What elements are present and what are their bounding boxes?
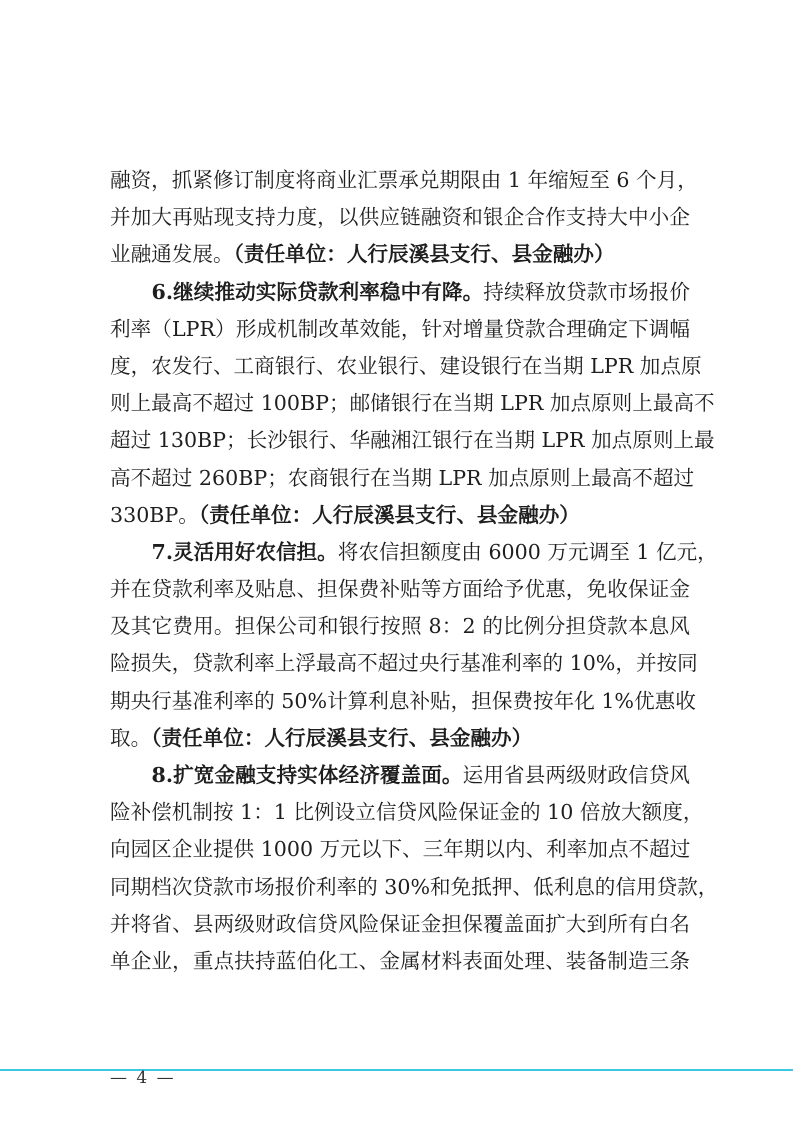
line-text: 330BP。 — [110, 503, 199, 527]
paragraph-5-continued: 融资，抓紧修订制度将商业汇票承兑期限由 1 年缩短至 6 个月， 并加大再贴现支… — [110, 162, 690, 274]
line-text: 持续释放贷款市场报价 — [483, 280, 690, 304]
line-text: 业融通发展。 — [110, 242, 234, 266]
text-line: 高不超过 260BP；农商银行在当期 LPR 加点原则上最高不超过 — [110, 460, 690, 497]
responsible-unit: （责任单位：人行辰溪县支行、县金融办） — [199, 503, 580, 527]
text-line: 向园区企业提供 1000 万元以下、三年期以内、利率加点不超过 — [110, 831, 690, 868]
line-text: 将农信担额度由 6000 万元调至 1 亿元， — [338, 540, 718, 564]
text-line: 8.扩宽金融支持实体经济覆盖面。运用省县两级财政信贷风 — [110, 757, 690, 794]
text-line: 则上最高不超过 100BP；邮储银行在当期 LPR 加点原则上最高不 — [110, 385, 690, 422]
text-line: 超过 130BP；长沙银行、华融湘江银行在当期 LPR 加点原则上最 — [110, 422, 690, 459]
text-line: 期央行基准利率的 50%计算利息补贴，担保费按年化 1%优惠收 — [110, 683, 690, 720]
text-line: 险损失，贷款利率上浮最高不超过央行基准利率的 10%，并按同 — [110, 645, 690, 682]
text-line: 同期档次贷款市场报价利率的 30%和免抵押、低利息的信用贷款， — [110, 869, 690, 906]
responsible-unit: （责任单位：人行辰溪县支行、县金融办） — [234, 242, 615, 266]
text-line: 并在贷款利率及贴息、担保费补贴等方面给予优惠，免收保证金 — [110, 571, 690, 608]
text-line: 业融通发展。（责任单位：人行辰溪县支行、县金融办） — [110, 236, 690, 273]
text-line: 利率（LPR）形成机制改革效能，针对增量贷款合理确定下调幅 — [110, 311, 690, 348]
page-number: — 4 — — [110, 1068, 176, 1088]
text-line: 并将省、县两级财政信贷风险保证金担保覆盖面扩大到所有白名 — [110, 906, 690, 943]
text-line: 取。（责任单位：人行辰溪县支行、县金融办） — [110, 720, 690, 757]
section-heading: 7.灵活用好农信担。 — [152, 540, 338, 564]
text-line: 330BP。（责任单位：人行辰溪县支行、县金融办） — [110, 497, 690, 534]
paragraph-6: 6.继续推动实际贷款利率稳中有降。持续释放贷款市场报价 利率（LPR）形成机制改… — [110, 274, 690, 534]
text-line: 融资，抓紧修订制度将商业汇票承兑期限由 1 年缩短至 6 个月， — [110, 162, 690, 199]
text-line: 及其它费用。担保公司和银行按照 8：2 的比例分担贷款本息风 — [110, 608, 690, 645]
text-line: 度，农发行、工商银行、农业银行、建设银行在当期 LPR 加点原 — [110, 348, 690, 385]
line-text: 取。 — [110, 726, 151, 750]
paragraph-7: 7.灵活用好农信担。将农信担额度由 6000 万元调至 1 亿元， 并在贷款利率… — [110, 534, 690, 757]
text-line: 7.灵活用好农信担。将农信担额度由 6000 万元调至 1 亿元， — [110, 534, 690, 571]
text-line: 并加大再贴现支持力度，以供应链融资和银企合作支持大中小企 — [110, 199, 690, 236]
section-heading: 6.继续推动实际贷款利率稳中有降。 — [152, 280, 484, 304]
text-line: 险补偿机制按 1：1 比例设立信贷风险保证金的 10 倍放大额度， — [110, 794, 690, 831]
paragraph-8: 8.扩宽金融支持实体经济覆盖面。运用省县两级财政信贷风 险补偿机制按 1：1 比… — [110, 757, 690, 980]
responsible-unit: （责任单位：人行辰溪县支行、县金融办） — [151, 726, 532, 750]
line-text: 运用省县两级财政信贷风 — [463, 763, 690, 787]
section-heading: 8.扩宽金融支持实体经济覆盖面。 — [152, 763, 463, 787]
text-line: 6.继续推动实际贷款利率稳中有降。持续释放贷款市场报价 — [110, 274, 690, 311]
text-line: 单企业，重点扶持蓝伯化工、金属材料表面处理、装备制造三条 — [110, 943, 690, 980]
document-body: 融资，抓紧修订制度将商业汇票承兑期限由 1 年缩短至 6 个月， 并加大再贴现支… — [110, 162, 690, 980]
